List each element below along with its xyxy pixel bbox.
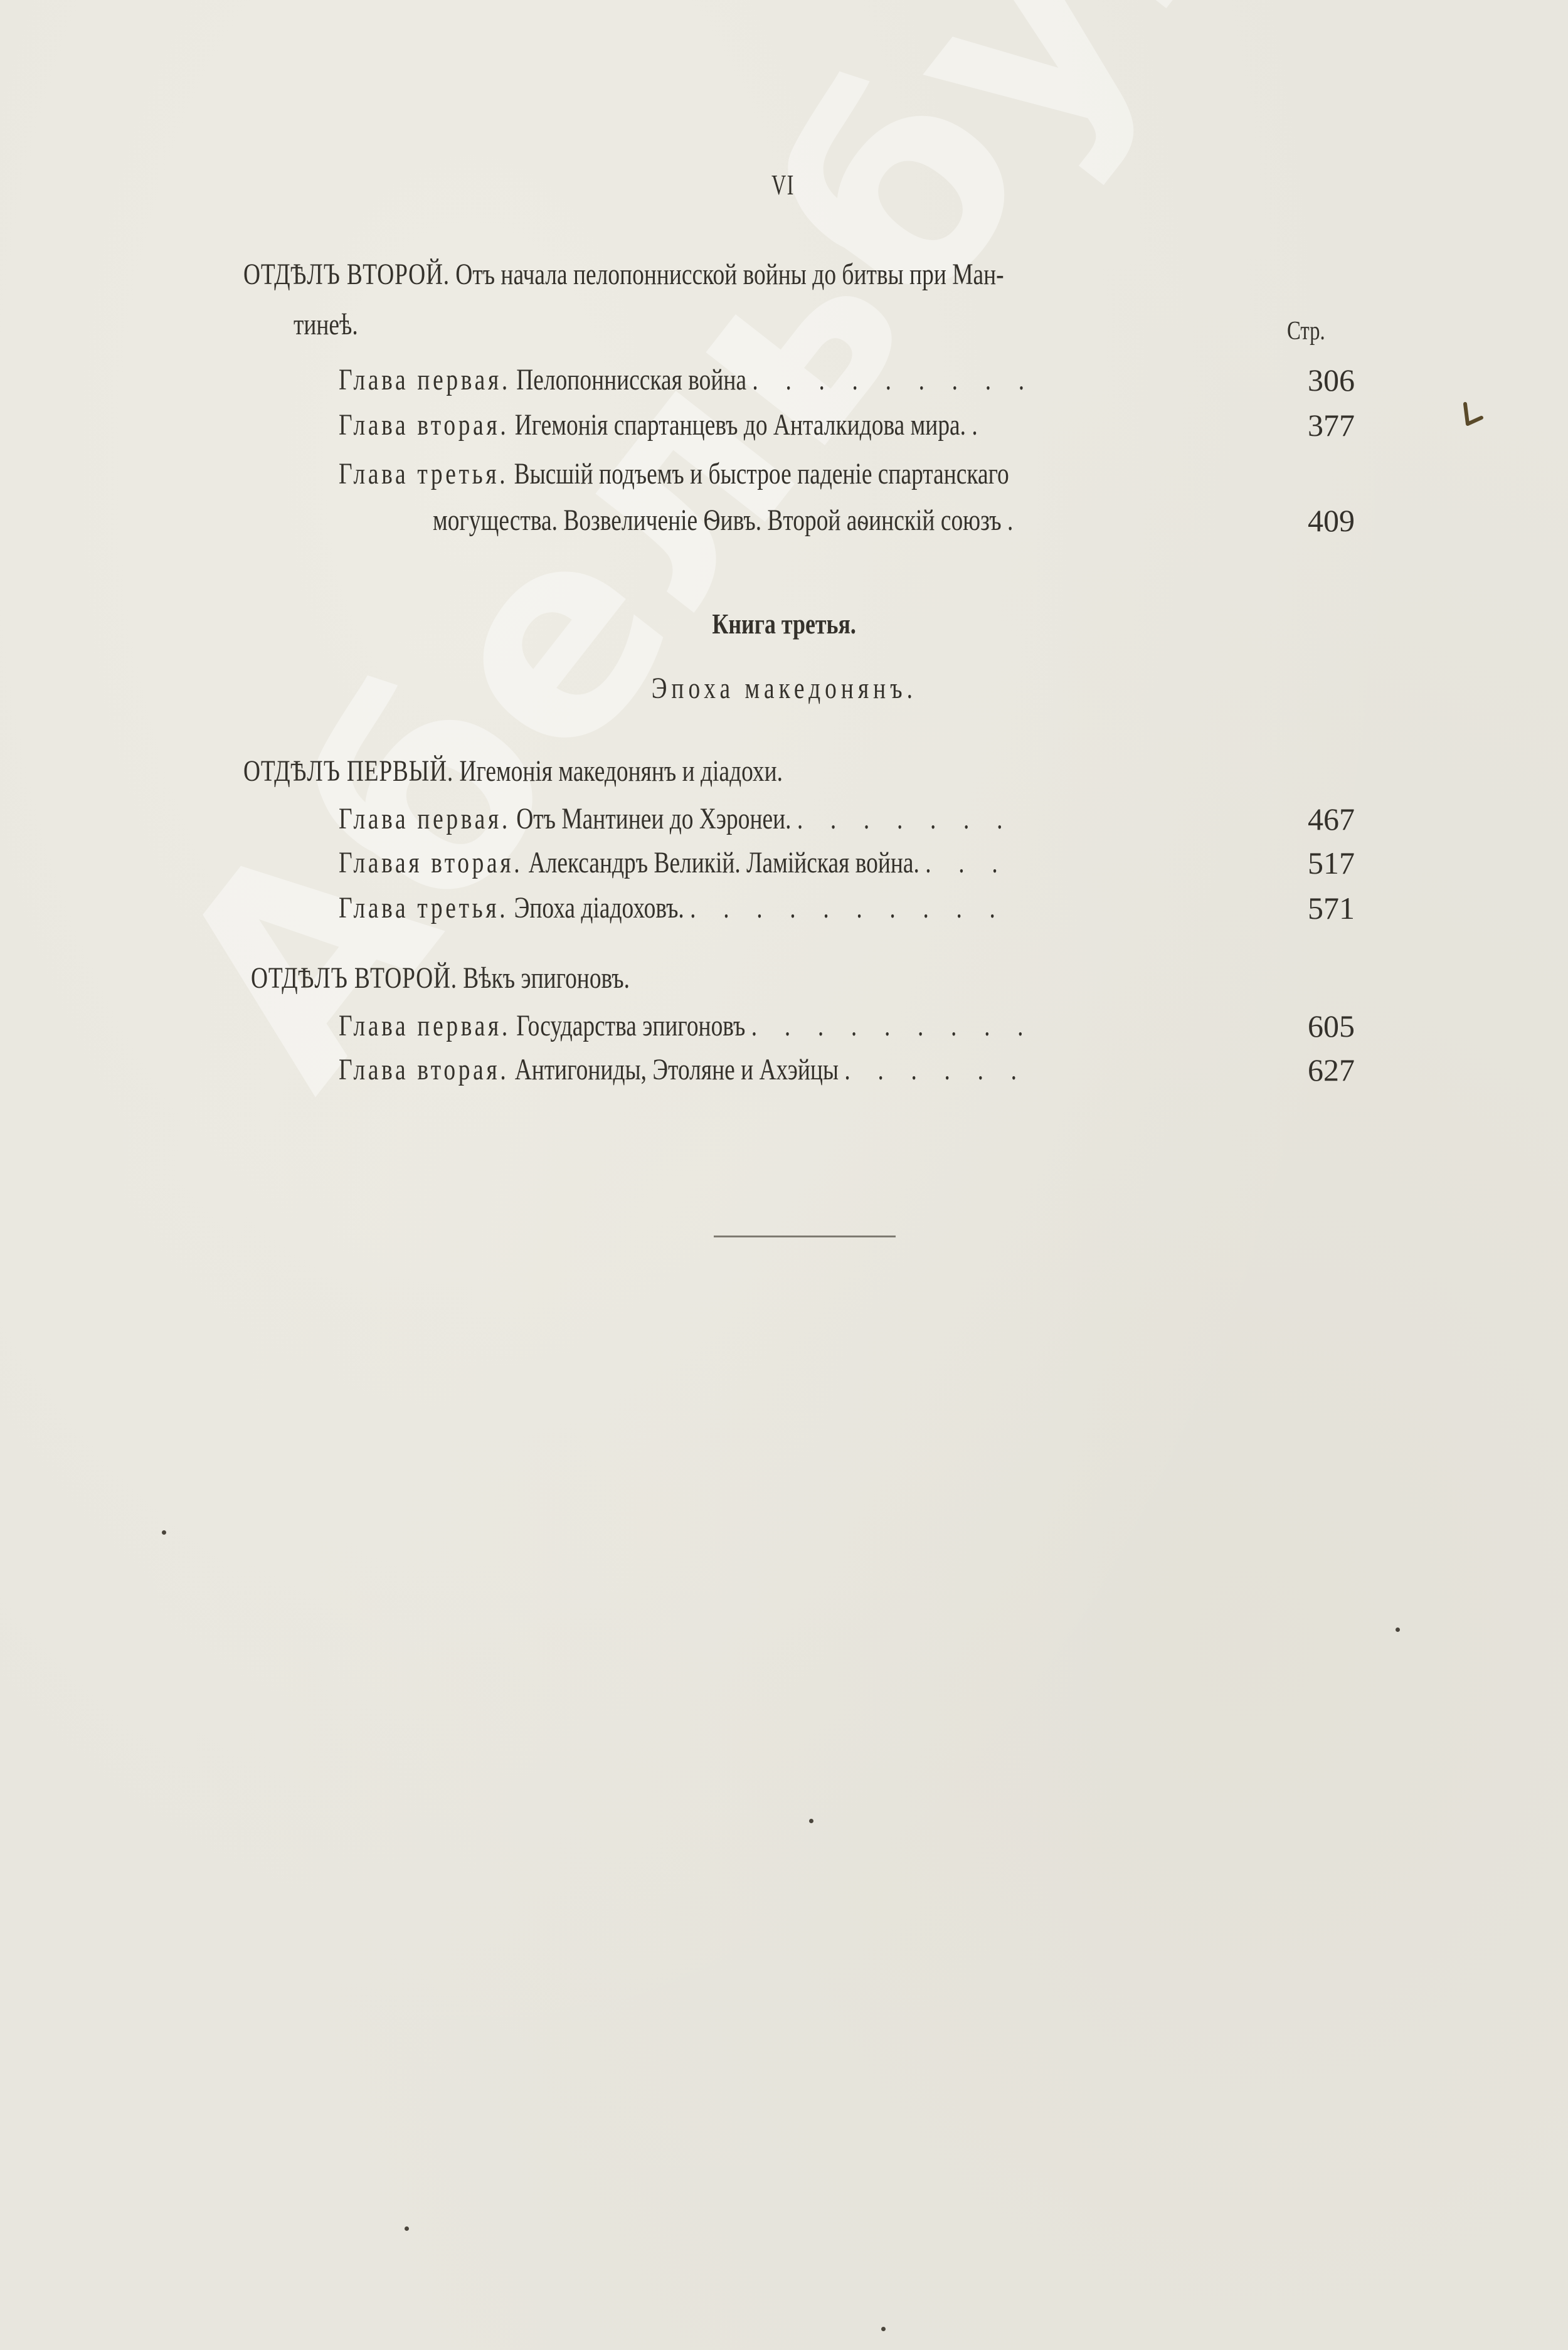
chapter-label: Глава первая. bbox=[339, 1009, 511, 1042]
page-column-label-text: Стр. bbox=[1287, 312, 1325, 350]
paper-speck bbox=[881, 2327, 886, 2331]
chapter-label: Главая вторая. bbox=[339, 846, 522, 879]
chapter-title: Отъ Мантинеи до Хэронеи. bbox=[516, 802, 791, 835]
chapter-label: Глава вторая. bbox=[339, 408, 509, 442]
section-two-heading-text: Вѣкъ эпигоновъ. bbox=[463, 961, 630, 995]
pencil-check-mark-icon bbox=[1461, 401, 1484, 433]
toc-page-number: 467 bbox=[1308, 800, 1355, 838]
section-one-heading-caps: ОТДѢЛЪ ПЕРВЫЙ. bbox=[243, 754, 453, 788]
toc-entry-part2-ch2[interactable]: Глава вторая. Игемонія спартанцевъ до Ан… bbox=[339, 406, 1172, 444]
section-divider-rule bbox=[714, 1236, 896, 1237]
section-two-heading-caps: ОТДѢЛЪ ВТОРОЙ. bbox=[251, 961, 457, 995]
toc-entry-part2-ch1[interactable]: Глава первая. Пелопоннисская война . . .… bbox=[339, 361, 1231, 399]
toc-page-number: 627 bbox=[1308, 1051, 1355, 1089]
toc-page-number: 409 bbox=[1308, 502, 1355, 539]
part-two-heading-caps: ОТДѢЛЪ ВТОРОЙ. bbox=[243, 258, 450, 291]
epoch-subtitle-text: Эпоха македонянъ. bbox=[651, 671, 916, 706]
chapter-title: Игемонія спартанцевъ до Анталкидова мира… bbox=[515, 408, 966, 442]
book-title-text: Книга третья. bbox=[712, 607, 856, 640]
paper-speck bbox=[162, 1530, 166, 1535]
toc-page-number: 605 bbox=[1308, 1007, 1355, 1045]
leader-dots: . . . . . . . bbox=[797, 802, 1014, 835]
book-title: Книга третья. bbox=[0, 607, 1568, 640]
paper-speck bbox=[809, 1819, 813, 1823]
leader-dots: . . . . . . bbox=[844, 1053, 1027, 1086]
toc-entry-s2-ch2[interactable]: Глава вторая. Антигониды, Этоляне и Ахэй… bbox=[339, 1051, 1222, 1089]
toc-page-number: 377 bbox=[1308, 406, 1355, 444]
epoch-subtitle: Эпоха македонянъ. bbox=[0, 671, 1568, 706]
section-one-heading-text: Игемонія македонянъ и діадохи. bbox=[459, 754, 783, 788]
chapter-label: Глава вторая. bbox=[339, 1053, 509, 1086]
leader-dots: . . . . . . . . . bbox=[751, 1009, 1034, 1042]
paper-speck bbox=[1396, 1628, 1400, 1632]
part-two-heading-continued: тинеѣ. bbox=[294, 306, 376, 344]
chapter-title: Эпоха діадоховъ. bbox=[514, 891, 684, 924]
leader-dots: . . . bbox=[925, 846, 1009, 879]
chapter-label: Глава первая. bbox=[339, 802, 511, 835]
part-two-heading: ОТДѢЛЪ ВТОРОЙ. Отъ начала пелопоннисской… bbox=[243, 256, 1219, 294]
toc-page-number: 571 bbox=[1308, 889, 1355, 927]
toc-page-number: 306 bbox=[1308, 361, 1355, 399]
leader-dots: . . . . . . . . . bbox=[752, 363, 1035, 396]
part-two-heading-text: Отъ начала пелопоннисской войны до битвы… bbox=[455, 258, 1004, 291]
chapter-title: Государства эпигоновъ bbox=[516, 1009, 745, 1042]
paper-speck bbox=[405, 2226, 409, 2231]
toc-entry-s1-ch3[interactable]: Глава третья. Эпоха діадоховъ. . . . . .… bbox=[339, 889, 1194, 927]
toc-entry-part2-ch3[interactable]: Глава третья. Высшій подъемъ и быстрое п… bbox=[339, 455, 1198, 493]
toc-entry-s2-ch1[interactable]: Глава первая. Государства эпигоновъ . . … bbox=[339, 1007, 1230, 1045]
leader-dots: . . . . . . . . . . bbox=[690, 891, 1006, 924]
chapter-title: Антигониды, Этоляне и Ахэйцы bbox=[515, 1053, 839, 1086]
page-column-label: Стр. bbox=[1287, 312, 1336, 350]
section-one-heading: ОТДѢЛЪ ПЕРВЫЙ. Игемонія македонянъ и діа… bbox=[243, 753, 935, 790]
leader-dots: . bbox=[1007, 504, 1024, 537]
page-number: VI bbox=[771, 168, 795, 201]
chapter-title-line2: могущества. Возвеличеніе Ѳивъ. Второй аѳ… bbox=[433, 504, 1002, 537]
leader-dots: . bbox=[972, 408, 988, 442]
toc-entry-part2-ch3-continued[interactable]: могущества. Возвеличеніе Ѳивъ. Второй аѳ… bbox=[433, 502, 1190, 539]
chapter-title: Александръ Великій. Ламійская война. bbox=[529, 846, 919, 879]
chapter-label: Глава первая. bbox=[339, 363, 511, 396]
section-two-heading: ОТДѢЛЪ ВТОРОЙ. Вѣкъ эпигоновъ. bbox=[251, 960, 736, 997]
toc-entry-s1-ch1[interactable]: Глава первая. Отъ Мантинеи до Хэронеи. .… bbox=[339, 800, 1204, 838]
chapter-label: Глава третья. bbox=[339, 457, 508, 490]
part-two-heading-line2: тинеѣ. bbox=[294, 306, 358, 344]
chapter-title: Пелопоннисская война bbox=[516, 363, 746, 396]
toc-entry-s1-ch2[interactable]: Главая вторая. Александръ Великій. Ламій… bbox=[339, 844, 1197, 882]
chapter-label: Глава третья. bbox=[339, 891, 508, 924]
toc-page-number: 517 bbox=[1308, 844, 1355, 882]
chapter-title: Высшій подъемъ и быстрое паденіе спартан… bbox=[514, 457, 1009, 490]
